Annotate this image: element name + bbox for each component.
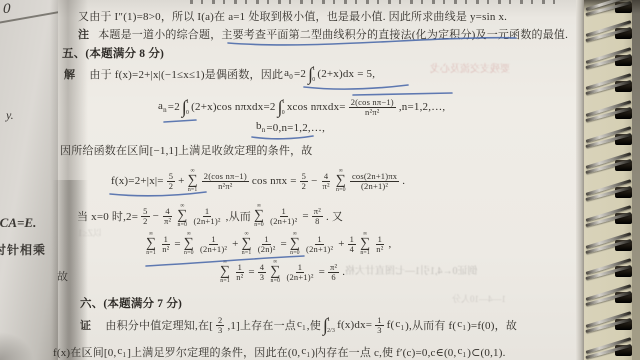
spiral-coil <box>584 179 640 203</box>
left-fragment-zero: 0 <box>3 1 11 18</box>
bleedthrough-text: 1—4—10人分 <box>452 292 506 305</box>
line-note: 注 本题是一道小的综合题，主要考查平面第二型曲线积分的直接法(化为定积分)及一元… <box>78 26 568 42</box>
spiral-coil <box>584 20 640 44</box>
line-an-coefficient: an=2∫10(2+x)cos nπxdx=2∫10xcos nπxdx=2(c… <box>158 94 446 120</box>
section5-title: 五、(本题满分 8 分) <box>62 45 164 61</box>
section6-title: 六、(本题满分 7 分) <box>80 295 182 311</box>
spiral-coil <box>584 284 640 308</box>
spiral-coil <box>584 232 640 256</box>
line-fourier-series: f(x)=2+|x|=52+∞∑n=12(cos nπ−1)n²π²cos nπ… <box>110 166 406 196</box>
left-fragment-y: y. <box>6 108 14 123</box>
spiral-coil <box>584 100 640 124</box>
note-label: 注 <box>78 26 89 42</box>
line-series-result: ∞∑n=11n²=43∞∑n=01(2n+1)²=π²6. <box>218 258 346 286</box>
spiral-coil <box>584 337 640 360</box>
spiral-coil <box>584 311 640 335</box>
line-x-equals-zero: 当 x=0 时,2=52−4π²∞∑n=01(2n+1)²,从而∞∑n=01(2… <box>76 202 344 230</box>
line-minimum-conclusion: 又由于 I″(1)=8>0，所以 I(a)在 a=1 处取到极小值，也是最小值.… <box>78 8 507 24</box>
line-proof-mvt: 证 由积分中值定理知,在[23,1]上存在一点 c1,使∫12/3f(x)dx=… <box>80 312 518 338</box>
left-fragment-bca: BCA=E. <box>0 215 36 231</box>
note-text: 本题是一道小的综合题，主要考查平面第二型曲线积分的直接法(化为定积分)及一元函数… <box>98 26 568 42</box>
bleedthrough-text: 倒证0←4,1引1—七图直廿大格 <box>345 262 478 277</box>
line-bn-coefficient: bn=0,n=1,2,…, <box>256 120 326 135</box>
spiral-coil <box>584 258 640 282</box>
book-photo: 0 y. BCA=E. 时针相乘 故 要残支交流及心戈 倒证0←4,1引1—七图… <box>0 0 640 360</box>
line-rolle-conclusion: f(x)在区间[0,c1]上满足罗尔定理的条件，因此在(0,c1)内存在一点 c… <box>52 344 507 360</box>
spiral-coil <box>584 0 640 18</box>
left-fragment-clockwise: 时针相乘 <box>0 241 46 258</box>
bottom-left-shadow <box>0 320 60 360</box>
spiral-coil <box>584 152 640 176</box>
line-solution-a0: 解 由于 f(x)=2+|x|(−1≤x≤1)是偶函数，因此 a0=2∫10(2… <box>64 62 376 86</box>
spiral-coil <box>584 205 640 229</box>
clipped-text-line <box>190 0 562 4</box>
page-right-edge <box>576 0 584 360</box>
line-series-split: ∞∑n=11n²=∞∑n=01(2n+1)²+∞∑n=11(2n)²=∞∑n=0… <box>144 230 392 258</box>
spiral-coil <box>584 73 640 97</box>
spiral-coil <box>584 47 640 71</box>
line-convergence-condition: 因所给函数在区间[−1,1]上满足收敛定理的条件，故 <box>60 142 312 158</box>
bleedthrough-text: 要残支交流及心戈 <box>430 60 510 75</box>
spiral-coil <box>584 126 640 150</box>
gutter-fragment-gu: 故 <box>57 268 68 284</box>
